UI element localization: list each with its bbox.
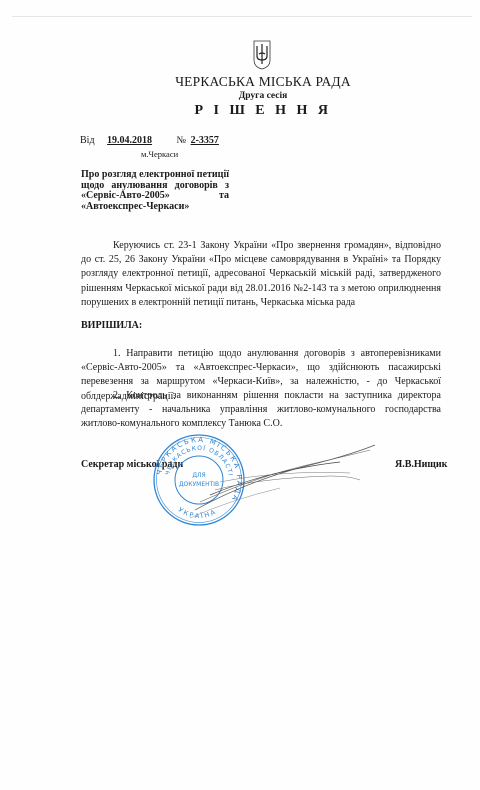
resolved-heading: ВИРІШИЛА: [81, 320, 142, 331]
signatory-name: Я.В.Нищик [395, 459, 447, 470]
document-type-title: Р І Ш Е Н Н Я [0, 103, 480, 119]
decision-number: 2-3357 [191, 135, 219, 146]
date-label: Від [80, 135, 95, 146]
council-name: ЧЕРКАСЬКА МІСЬКА РАДА [0, 74, 480, 90]
preamble-paragraph: Керуючись ст. 23-1 Закону України «Про з… [81, 239, 441, 310]
decision-subject: Про розгляд електронної петиції щодо ану… [81, 170, 229, 212]
resolution-item-2: 2. Контроль за виконанням рішення поклас… [81, 389, 441, 432]
city-label: м.Черкаси [141, 149, 178, 159]
trident-emblem-icon [252, 40, 272, 70]
scan-artifact-line [12, 16, 472, 17]
decision-date: 19.04.2018 [107, 135, 152, 146]
session-label: Друга сесія [0, 91, 480, 101]
document-page: ЧЕРКАСЬКА МІСЬКА РАДА Друга сесія Р І Ш … [0, 0, 480, 790]
date-number-line: Від 19.04.2018 № 2-3357 [80, 135, 219, 146]
number-label: № [177, 135, 187, 146]
handwritten-signature [190, 440, 380, 520]
